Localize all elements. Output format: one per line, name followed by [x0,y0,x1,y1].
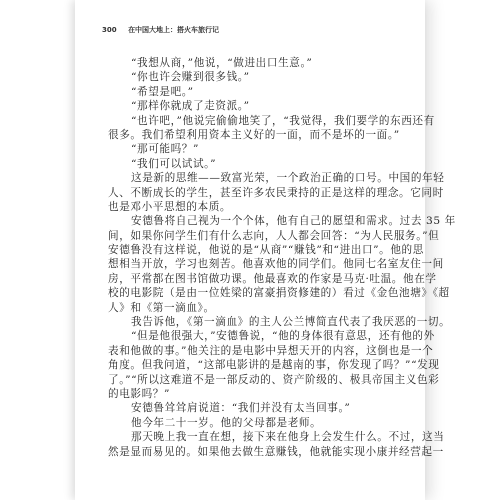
text-line: 校的电影院（是由一位姓梁的富豪捐资修建的）看过《金色池塘》《超 [108,286,370,300]
text-line: 表和他做的事。”他关注的是电影中异想天开的内容，这倒也是一个 [108,344,370,358]
text-line: 这是新的思维——致富光荣，一个政治正确的口号。中国的年轻 [108,171,370,185]
text-line: “但是他很强大，”安德鲁说，“他的身体很有意思，还有他的外 [108,329,370,343]
text-line: “希望是吧。” [108,85,370,99]
text-line: 了。”“所以这难道不是一部反动的、资产阶级的、极具帝国主义色彩 [108,373,370,387]
page-number: 300 [102,26,117,34]
text-line: 人》和《第一滴血》。 [108,301,370,315]
text-line: 角度。但我问道，“这部电影讲的是越南的事，你发现了吗？”“发现 [108,358,370,372]
text-line: 的电影吗？” [108,387,370,401]
body-text: “我想从商，”他说，“做进出口生意。”“你也许会赚到很多钱。”“希望是吧。”“那… [108,56,370,459]
running-header: 300 在中国大地上：搭火车旅行记 [102,25,219,35]
text-line: “我想从商，”他说，“做进出口生意。” [108,56,370,70]
text-line: 安德鲁耸耸肩说道：“我们并没有太当回事。” [108,401,370,415]
text-line: “你也许会赚到很多钱。” [108,70,370,84]
text-line: 房，平常都在图书馆做功课。他最喜欢的作家是马克·吐温。他在学 [108,272,370,286]
text-line: 然是显而易见的。如果他去做生意赚钱，他就能实现小康并经营起一 [108,445,370,459]
text-line: 人、不断成长的学生，甚至许多农民秉持的正是这样的理念。它同时 [108,186,370,200]
text-line: 安德鲁将自己视为一个个体，他有自己的愿望和需求。过去 35 年 [108,214,370,228]
text-line: 间，如果你问学生们有什么志向，人人都会回答：“为人民服务。”但 [108,229,370,243]
text-line: “也许吧，”他说完偷偷地笑了，“我觉得，我们要学的东西还有 [108,114,370,128]
text-line: 我告诉他，《第一滴血》的主人公兰博简直代表了我厌恶的一切。 [108,315,370,329]
book-title: 在中国大地上：搭火车旅行记 [128,26,219,34]
text-line: 那天晚上我一直在想，接下来在他身上会发生什么。不过，这当 [108,430,370,444]
text-line: “那样你就成了走资派。” [108,99,370,113]
text-line: 也是邓小平思想的本质。 [108,200,370,214]
text-line: 很多。我们希望利用资本主义好的一面，而不是坏的一面。” [108,128,370,142]
text-line: 他今年二十一岁。他的父母都是老师。 [108,416,370,430]
text-line: 想相当开放，学习也刻苦。他喜欢他的同学们。他同七名室友住一间 [108,257,370,271]
text-line: 安德鲁没有这样说，他说的是“从商”“赚钱”和“进出口”。他的思 [108,243,370,257]
text-line: “我们可以试试。” [108,157,370,171]
text-line: “那可能吗？” [108,142,370,156]
